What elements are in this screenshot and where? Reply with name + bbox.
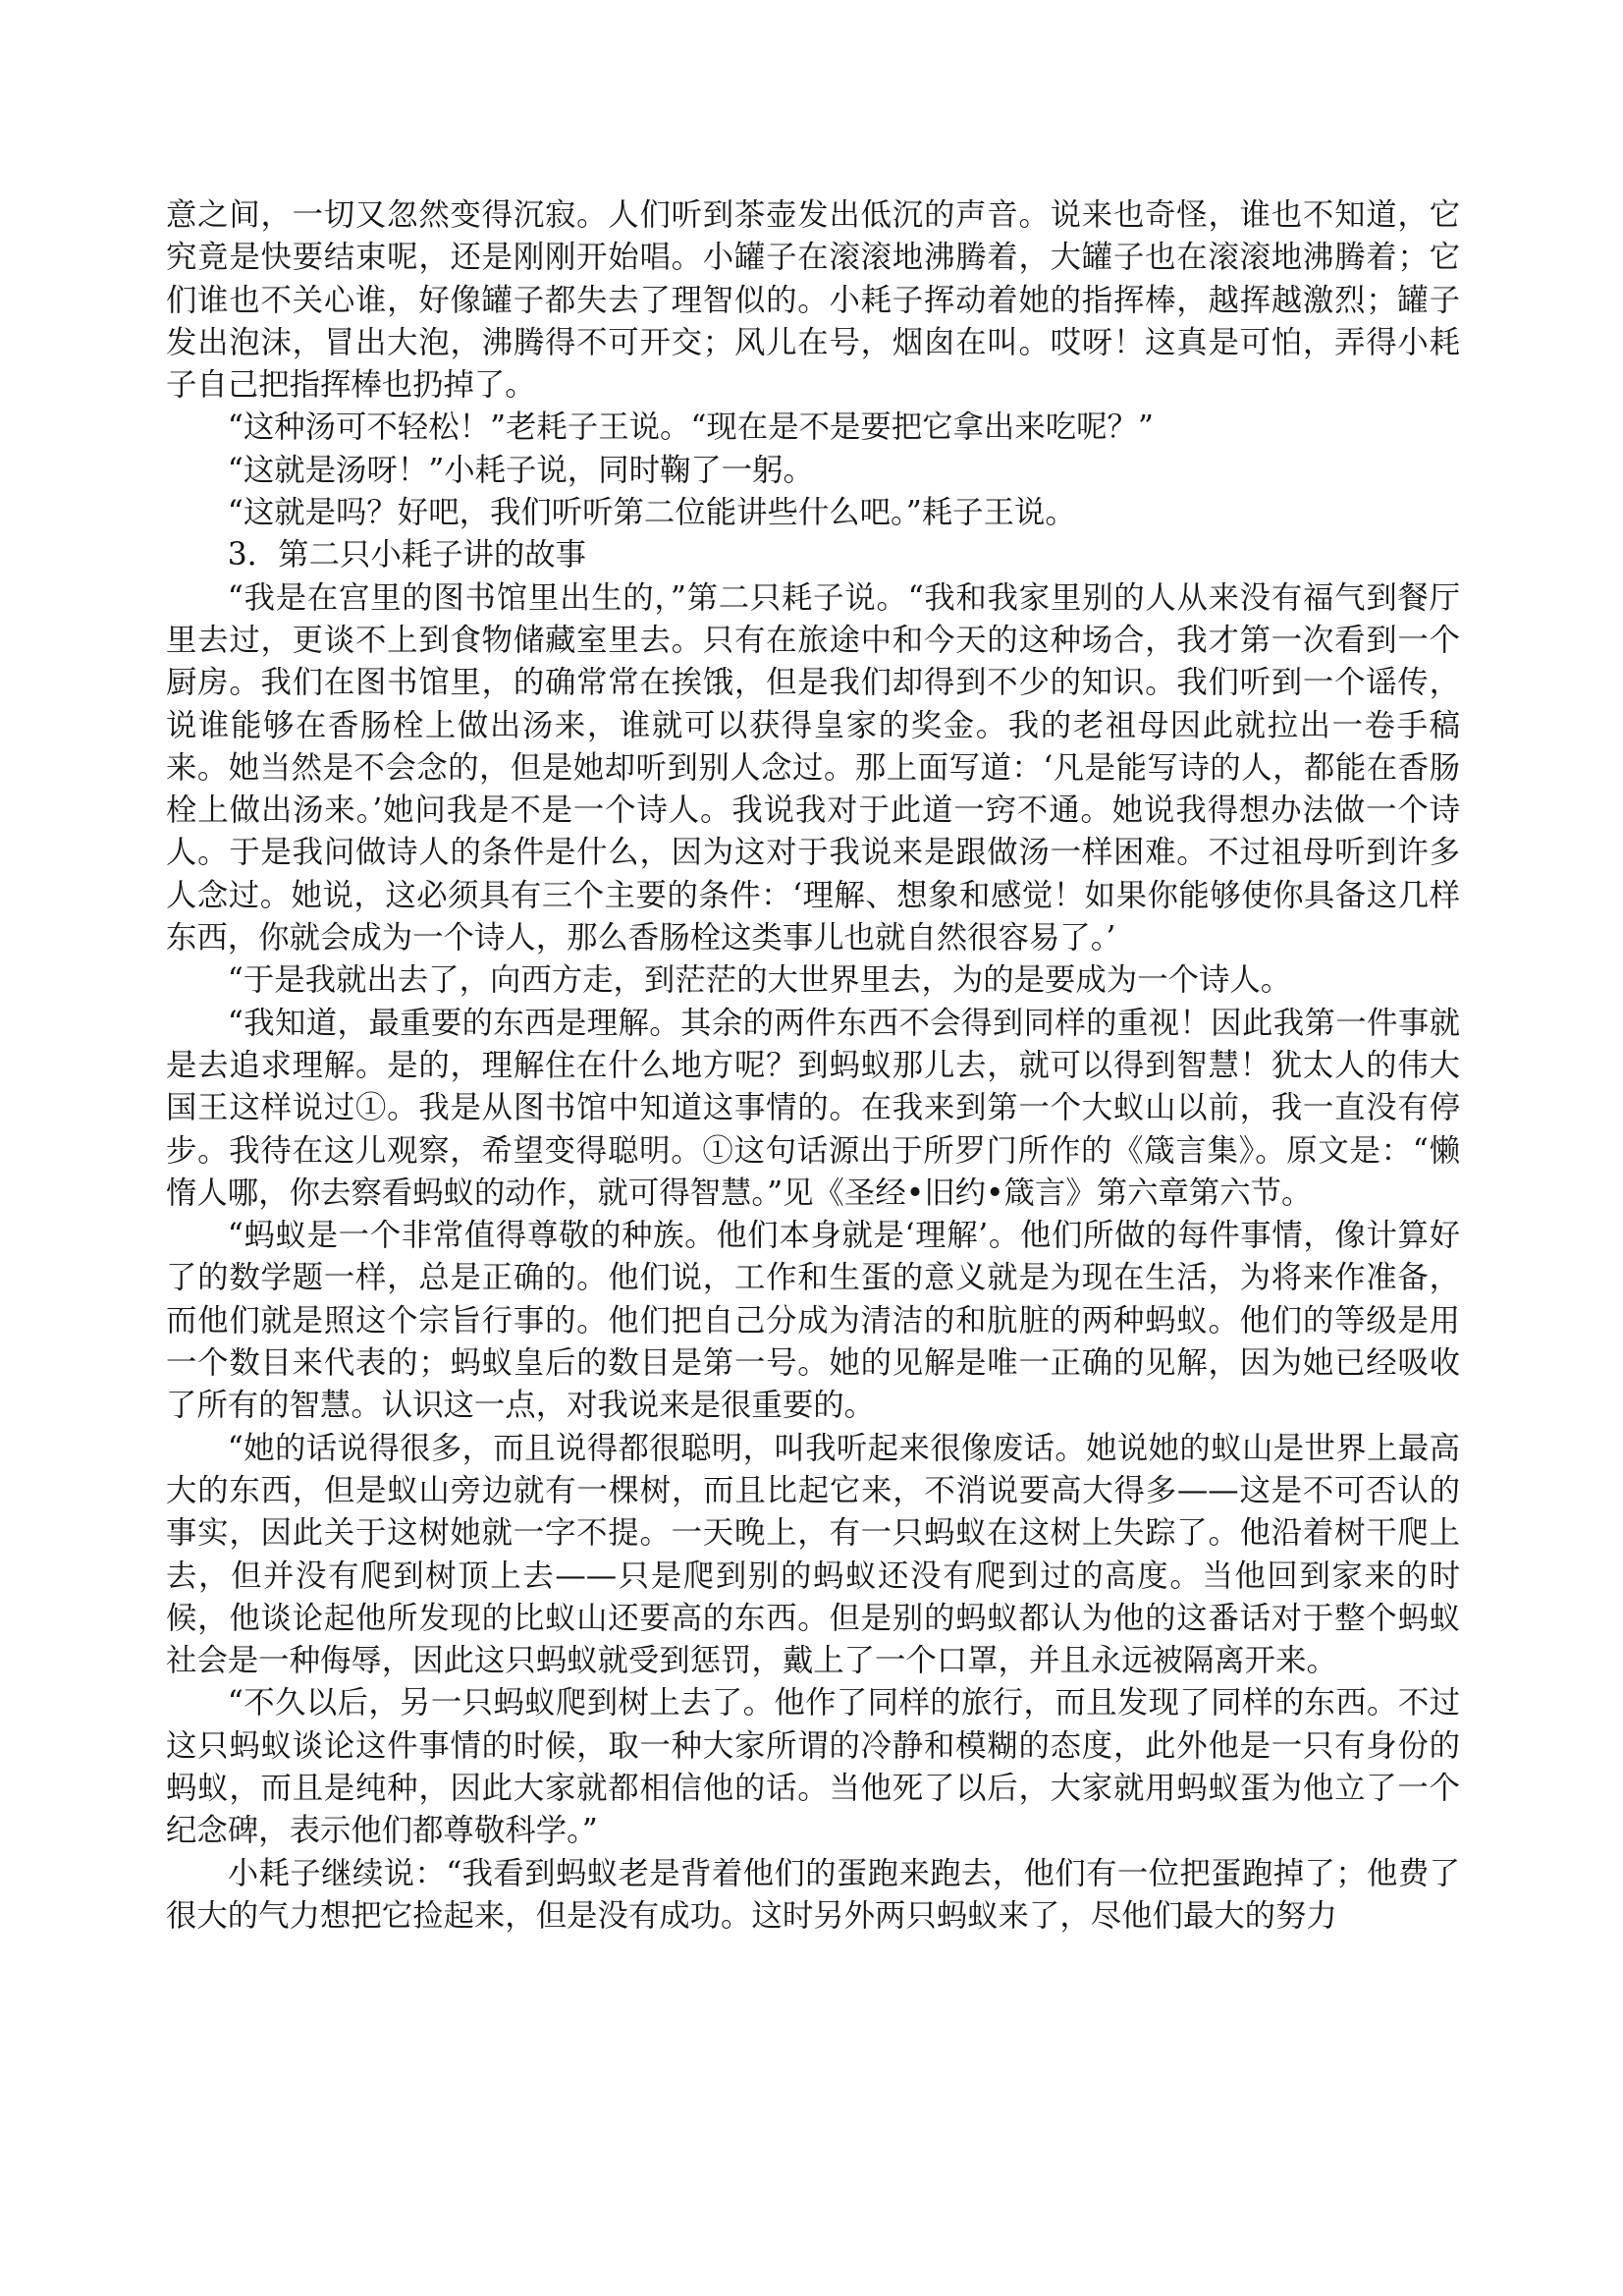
paragraph: “我是在宫里的图书馆里出生的，”第二只耗子说。“我和我家里别的人从来没有福气到餐… [166, 577, 1460, 960]
section-heading: 3．第二只小耗子讲的故事 [166, 534, 1460, 576]
paragraph: “蚂蚁是一个非常值得尊敬的种族。他们本身就是‘理解’。他们所做的每件事情，像计算… [166, 1215, 1460, 1427]
paragraph: “这就是吗？好吧，我们听听第二位能讲些什么吧。”耗子王说。 [166, 492, 1460, 534]
paragraph: “于是我就出去了，向西方走，到茫茫的大世界里去，为的是要成为一个诗人。 [166, 959, 1460, 1002]
paragraph: 意之间，一切又忽然变得沉寂。人们听到茶壶发出低沉的声音。说来也奇怪，谁也不知道，… [166, 194, 1460, 407]
paragraph: “这就是汤呀！”小耗子说，同时鞠了一躬。 [166, 450, 1460, 492]
paragraph: “不久以后，另一只蚂蚁爬到树上去了。他作了同样的旅行，而且发现了同样的东西。不过… [166, 1682, 1460, 1852]
paragraph: 小耗子继续说：“我看到蚂蚁老是背着他们的蛋跑来跑去，他们有一位把蛋跑掉了；他费了… [166, 1853, 1460, 1939]
paragraph: “这种汤可不轻松！”老耗子王说。“现在是不是要把它拿出来吃呢？” [166, 407, 1460, 449]
document-text: 意之间，一切又忽然变得沉寂。人们听到茶壶发出低沉的声音。说来也奇怪，谁也不知道，… [166, 194, 1460, 1938]
paragraph: “我知道，最重要的东西是理解。其余的两件东西不会得到同样的重视！因此我第一件事就… [166, 1003, 1460, 1215]
paragraph: “她的话说得很多，而且说得都很聪明，叫我听起来很像废话。她说她的蚁山是世界上最高… [166, 1428, 1460, 1683]
document-page: 意之间，一切又忽然变得沉寂。人们听到茶壶发出低沉的声音。说来也奇怪，谁也不知道，… [0, 0, 1623, 2296]
